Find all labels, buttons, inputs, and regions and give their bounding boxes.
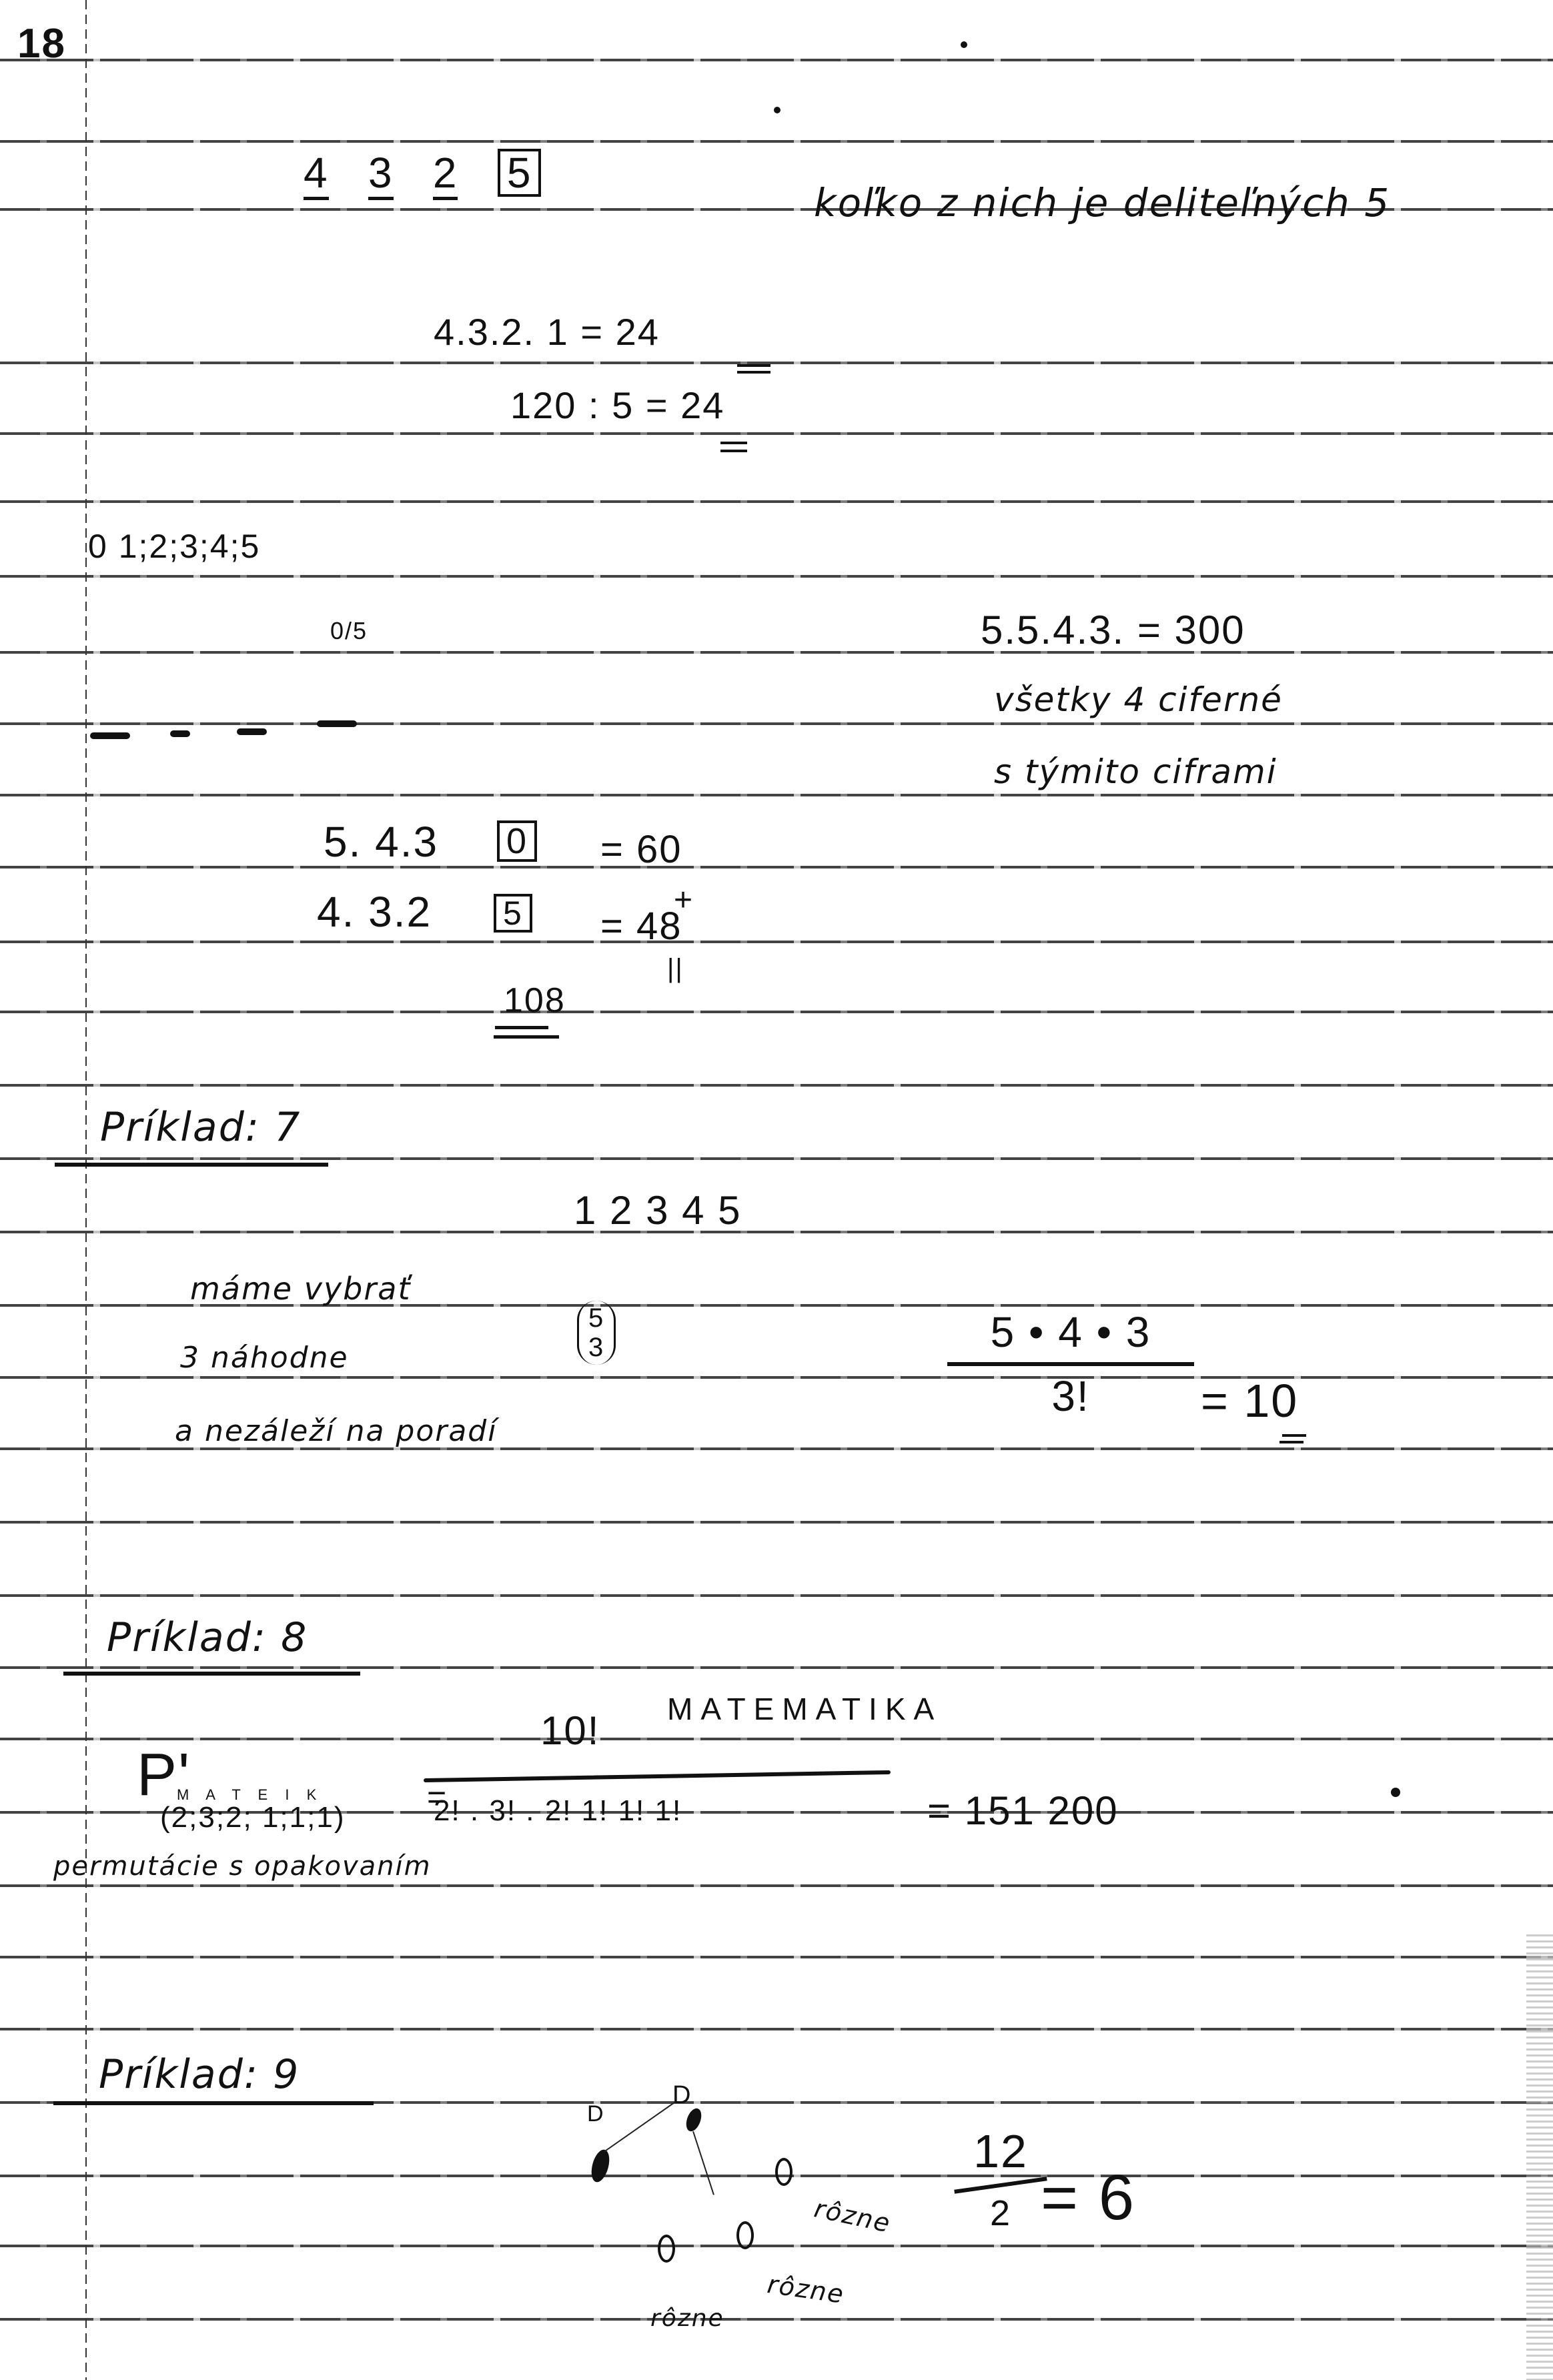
text-line-3: a nezáleží na poradí: [175, 1414, 497, 1448]
ruled-line: [0, 1231, 1553, 1233]
ruled-line: [0, 140, 1553, 143]
ink-dot: [774, 107, 781, 113]
caption-line-1: všetky 4 ciferné: [994, 680, 1283, 719]
graph-edge: [604, 2101, 676, 2152]
row2-factors: 4. 3.2: [317, 887, 432, 937]
title-underline: [53, 2101, 374, 2105]
equals-vertical: ||: [667, 954, 684, 984]
example-7-title: Príklad: 7: [100, 1104, 301, 1151]
caption-permutations: permutácie s opakovaním: [53, 1851, 432, 1882]
ruled-line: [0, 2028, 1553, 2030]
ruled-line: [0, 651, 1553, 654]
ruled-line: [0, 500, 1553, 503]
fraction-bar: [424, 1770, 891, 1782]
ruled-line: [0, 1666, 1553, 1669]
double-underline: [494, 1035, 559, 1039]
ruled-line: [0, 2245, 1553, 2247]
fraction-bar: [954, 2177, 1047, 2193]
node-label-d: D: [587, 2101, 605, 2127]
ruled-line: [0, 1884, 1553, 1887]
ruled-line: [0, 1157, 1553, 1160]
result-151200: = 151 200: [927, 1788, 1119, 1834]
denominator: 2: [990, 2193, 1011, 2234]
ruled-line: [0, 1376, 1553, 1379]
note-0-5: 0/5: [330, 617, 368, 645]
example-9-title: Príklad: 9: [99, 2051, 300, 2098]
graph-node: [736, 2221, 754, 2249]
branch-label: rôzne: [650, 2305, 724, 2332]
scribble: [90, 732, 130, 739]
graph-edge: [692, 2131, 714, 2195]
numerator: 5 • 4 • 3: [991, 1307, 1151, 1357]
ruled-line: [0, 432, 1553, 435]
binomial: 5 3: [577, 1301, 616, 1365]
double-underline: [495, 1026, 548, 1029]
double-underline: [737, 371, 770, 374]
question-text: koľko z nich je deliteľných 5: [814, 180, 1390, 225]
ruled-line: [0, 2318, 1553, 2321]
graph-node: [683, 2107, 704, 2134]
boxed-digit: 5: [494, 894, 532, 933]
word-matematika: MATEMATIKA: [667, 1691, 942, 1727]
result-10: = 10: [1201, 1374, 1298, 1427]
ruled-line: [0, 1011, 1553, 1013]
ruled-line: [0, 866, 1553, 868]
title-underline: [55, 1163, 328, 1167]
double-underline: [720, 450, 747, 452]
double-underline: [1282, 1434, 1306, 1437]
boxed-digit: 5: [498, 149, 542, 197]
fraction-12-2: 12 2: [954, 2125, 1047, 2234]
fraction-5-4-3: 5 • 4 • 3 3!: [947, 1307, 1194, 1421]
digit-set: 0 1;2;3;4;5: [88, 527, 260, 566]
node-label-d: D: [672, 2081, 692, 2110]
ink-dot: [1391, 1788, 1400, 1797]
numerator-10-factorial: 10!: [540, 1708, 600, 1754]
binomial-bottom: 3: [588, 1333, 604, 1362]
double-underline: [1279, 1441, 1304, 1443]
caption-line-2: s týmito ciframi: [994, 752, 1277, 791]
binomial-top: 5: [588, 1303, 604, 1333]
calc-line-1: 4.3.2. 1 = 24: [434, 310, 660, 354]
row1-box-wrap: 0: [497, 820, 537, 862]
text-line-2: 3 náhodne: [180, 1341, 349, 1375]
row2-box-wrap: 5: [494, 894, 532, 933]
branch-label: rôzne: [766, 2269, 847, 2309]
double-underline: [720, 442, 747, 444]
fraction-bar: [947, 1362, 1194, 1366]
title-underline: [63, 1672, 360, 1676]
digit-slots: 4 3 2 5: [304, 148, 541, 197]
example-8-title: Príklad: 8: [107, 1614, 308, 1661]
boxed-digit: 0: [497, 820, 537, 862]
denominator: 3!: [1051, 1371, 1089, 1421]
ruled-line: [0, 1084, 1553, 1087]
ink-dot: [961, 41, 967, 48]
ruled-line: [0, 1956, 1553, 1958]
scribble: [237, 728, 267, 735]
graph-node: [658, 2235, 675, 2263]
ruled-line: [0, 1594, 1553, 1597]
scan-artifact: [1526, 1934, 1553, 2380]
digit-slot: 4: [304, 149, 329, 200]
total: 108: [504, 981, 566, 1021]
scribble: [170, 730, 190, 737]
graph-node: [775, 2158, 793, 2186]
row1-factors: 5. 4.3: [324, 817, 438, 866]
graph-node: [588, 2148, 612, 2185]
ruled-line: [0, 362, 1553, 364]
calc-all-4-digit: 5.5.4.3. = 300: [981, 607, 1245, 653]
denominator-factorials: 2! . 3! . 2! 1! 1! 1!: [434, 1794, 682, 1828]
ruled-line: [0, 941, 1553, 943]
margin-line: [85, 0, 87, 2380]
double-underline: [737, 364, 770, 367]
ruled-line: [0, 59, 1553, 61]
digit-slot: 2: [433, 149, 458, 200]
ruled-line: [0, 1738, 1553, 1740]
ruled-line: [0, 794, 1553, 796]
ruled-line: [0, 1521, 1553, 1524]
row2-result: = 48: [600, 904, 682, 949]
ruled-line: [0, 575, 1553, 578]
result-6: = 6: [1041, 2161, 1135, 2235]
branch-label: rôzne: [812, 2193, 894, 2238]
scribble: [317, 720, 357, 727]
text-line-1: máme vybrať: [190, 1271, 412, 1307]
digits-1-5: 1 2 3 4 5: [574, 1187, 742, 1233]
notebook-page: 18 4 3 2 5 koľko z nich je deliteľných 5…: [0, 0, 1553, 2380]
numerator: 12: [973, 2125, 1028, 2178]
calc-line-2: 120 : 5 = 24: [510, 384, 724, 427]
subscript-counts: (2;3;2; 1;1;1): [160, 1801, 345, 1834]
digit-slot: 3: [368, 149, 394, 200]
ruled-line: [0, 722, 1553, 725]
row1-result: = 60: [600, 827, 682, 872]
page-number: 18: [17, 20, 66, 67]
